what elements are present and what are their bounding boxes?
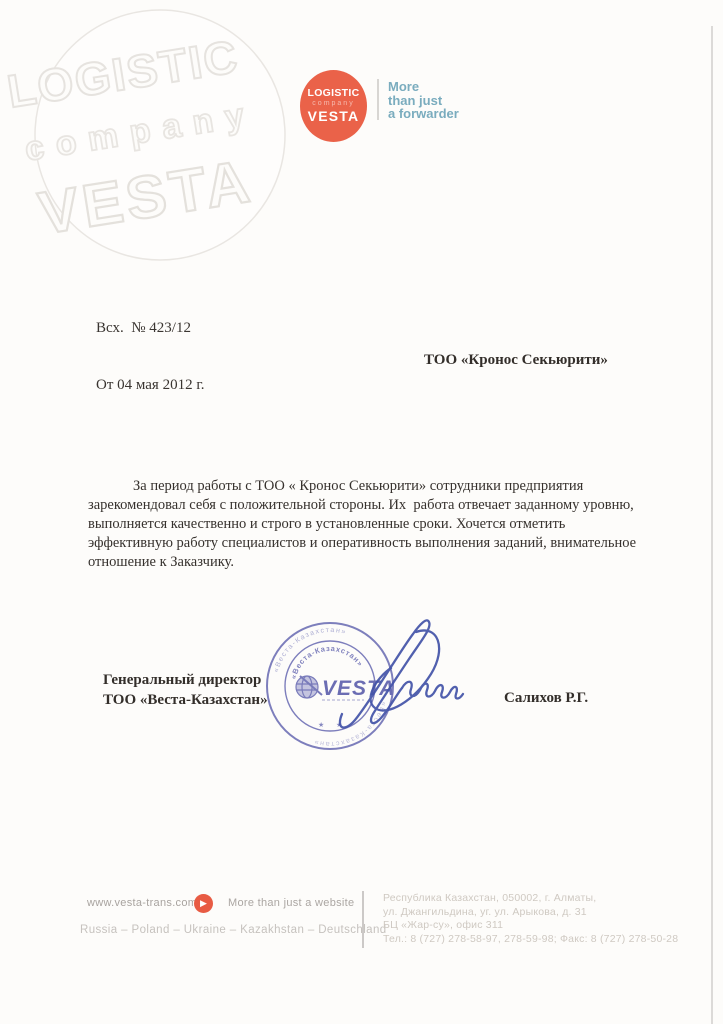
logo-tagline: More than just a forwarder [388, 80, 459, 121]
company-name: ТОО «Веста-Казахстан» [103, 691, 268, 711]
svg-text:«Веста-Казахстан»: «Веста-Казахстан» [289, 644, 365, 680]
footer-divider [362, 891, 364, 948]
body-line: зарекомендовал себя с положительной стор… [88, 496, 668, 515]
address-line: БЦ «Жар-су», офис 311 [383, 919, 678, 933]
tagline-line3: a forwarder [388, 107, 459, 121]
body-line: эффективную работу специалистов и операт… [88, 534, 668, 553]
stamp-company-arc: «Веста-Казахстан» [289, 644, 365, 680]
company-stamp: «Веста-Казахстан» «Веста-Казахстан» «Вес… [250, 596, 490, 776]
letter-page: LOGISTIC company VESTA LOGISTIC company … [0, 0, 723, 1024]
countries-list: Russia – Poland – Ukraine – Kazakhstan –… [80, 924, 387, 936]
reference-number: Всх. № 423/12 [96, 319, 205, 338]
addressee: ТОО «Кронос Секьюрити» [424, 352, 608, 369]
logo-logistic-text: LOGISTIC [308, 88, 360, 99]
tagline-line1: More [388, 80, 459, 94]
signature [340, 620, 463, 727]
globe-icon [296, 676, 322, 698]
signer-name: Салихов Р.Г. [504, 690, 588, 707]
reference-date: От 04 мая 2012 г. [96, 376, 205, 395]
watermark: LOGISTIC company VESTA [0, 8, 325, 278]
director-title: Генеральный директор [103, 671, 268, 691]
body-line: За период работы с ТОО « Кронос Секьюрит… [88, 477, 668, 496]
arrow-icon: ▶ [194, 894, 213, 913]
letter-body: За период работы с ТОО « Кронос Секьюрит… [88, 477, 668, 572]
company-logo-badge: LOGISTIC company VESTA [300, 70, 367, 142]
logo-divider [377, 79, 379, 120]
company-address: Республика Казахстан, 050002, г. Алматы,… [383, 892, 678, 946]
address-line: Республика Казахстан, 050002, г. Алматы, [383, 892, 678, 906]
signature-titles: Генеральный директор ТОО «Веста-Казахста… [103, 671, 268, 710]
stamp-star-left: ★ [318, 721, 324, 729]
address-line: Тел.: 8 (727) 278-58-97, 278-59-98; Факс… [383, 933, 678, 947]
footer-slogan: More than just a website [228, 897, 354, 909]
scan-edge-line [711, 26, 713, 1024]
website-url: www.vesta-trans.com [87, 897, 197, 909]
logo-vesta-text: VESTA [308, 109, 360, 124]
body-line: отношение к Заказчику. [88, 553, 668, 572]
body-line: выполняется качественно и строго в устан… [88, 515, 668, 534]
reference-block: Всх. № 423/12 От 04 мая 2012 г. [96, 281, 205, 433]
tagline-line2: than just [388, 94, 459, 108]
logo-company-text: company [312, 100, 354, 107]
address-line: ул. Джангильдина, уг. ул. Арыкова, д. 31 [383, 906, 678, 920]
